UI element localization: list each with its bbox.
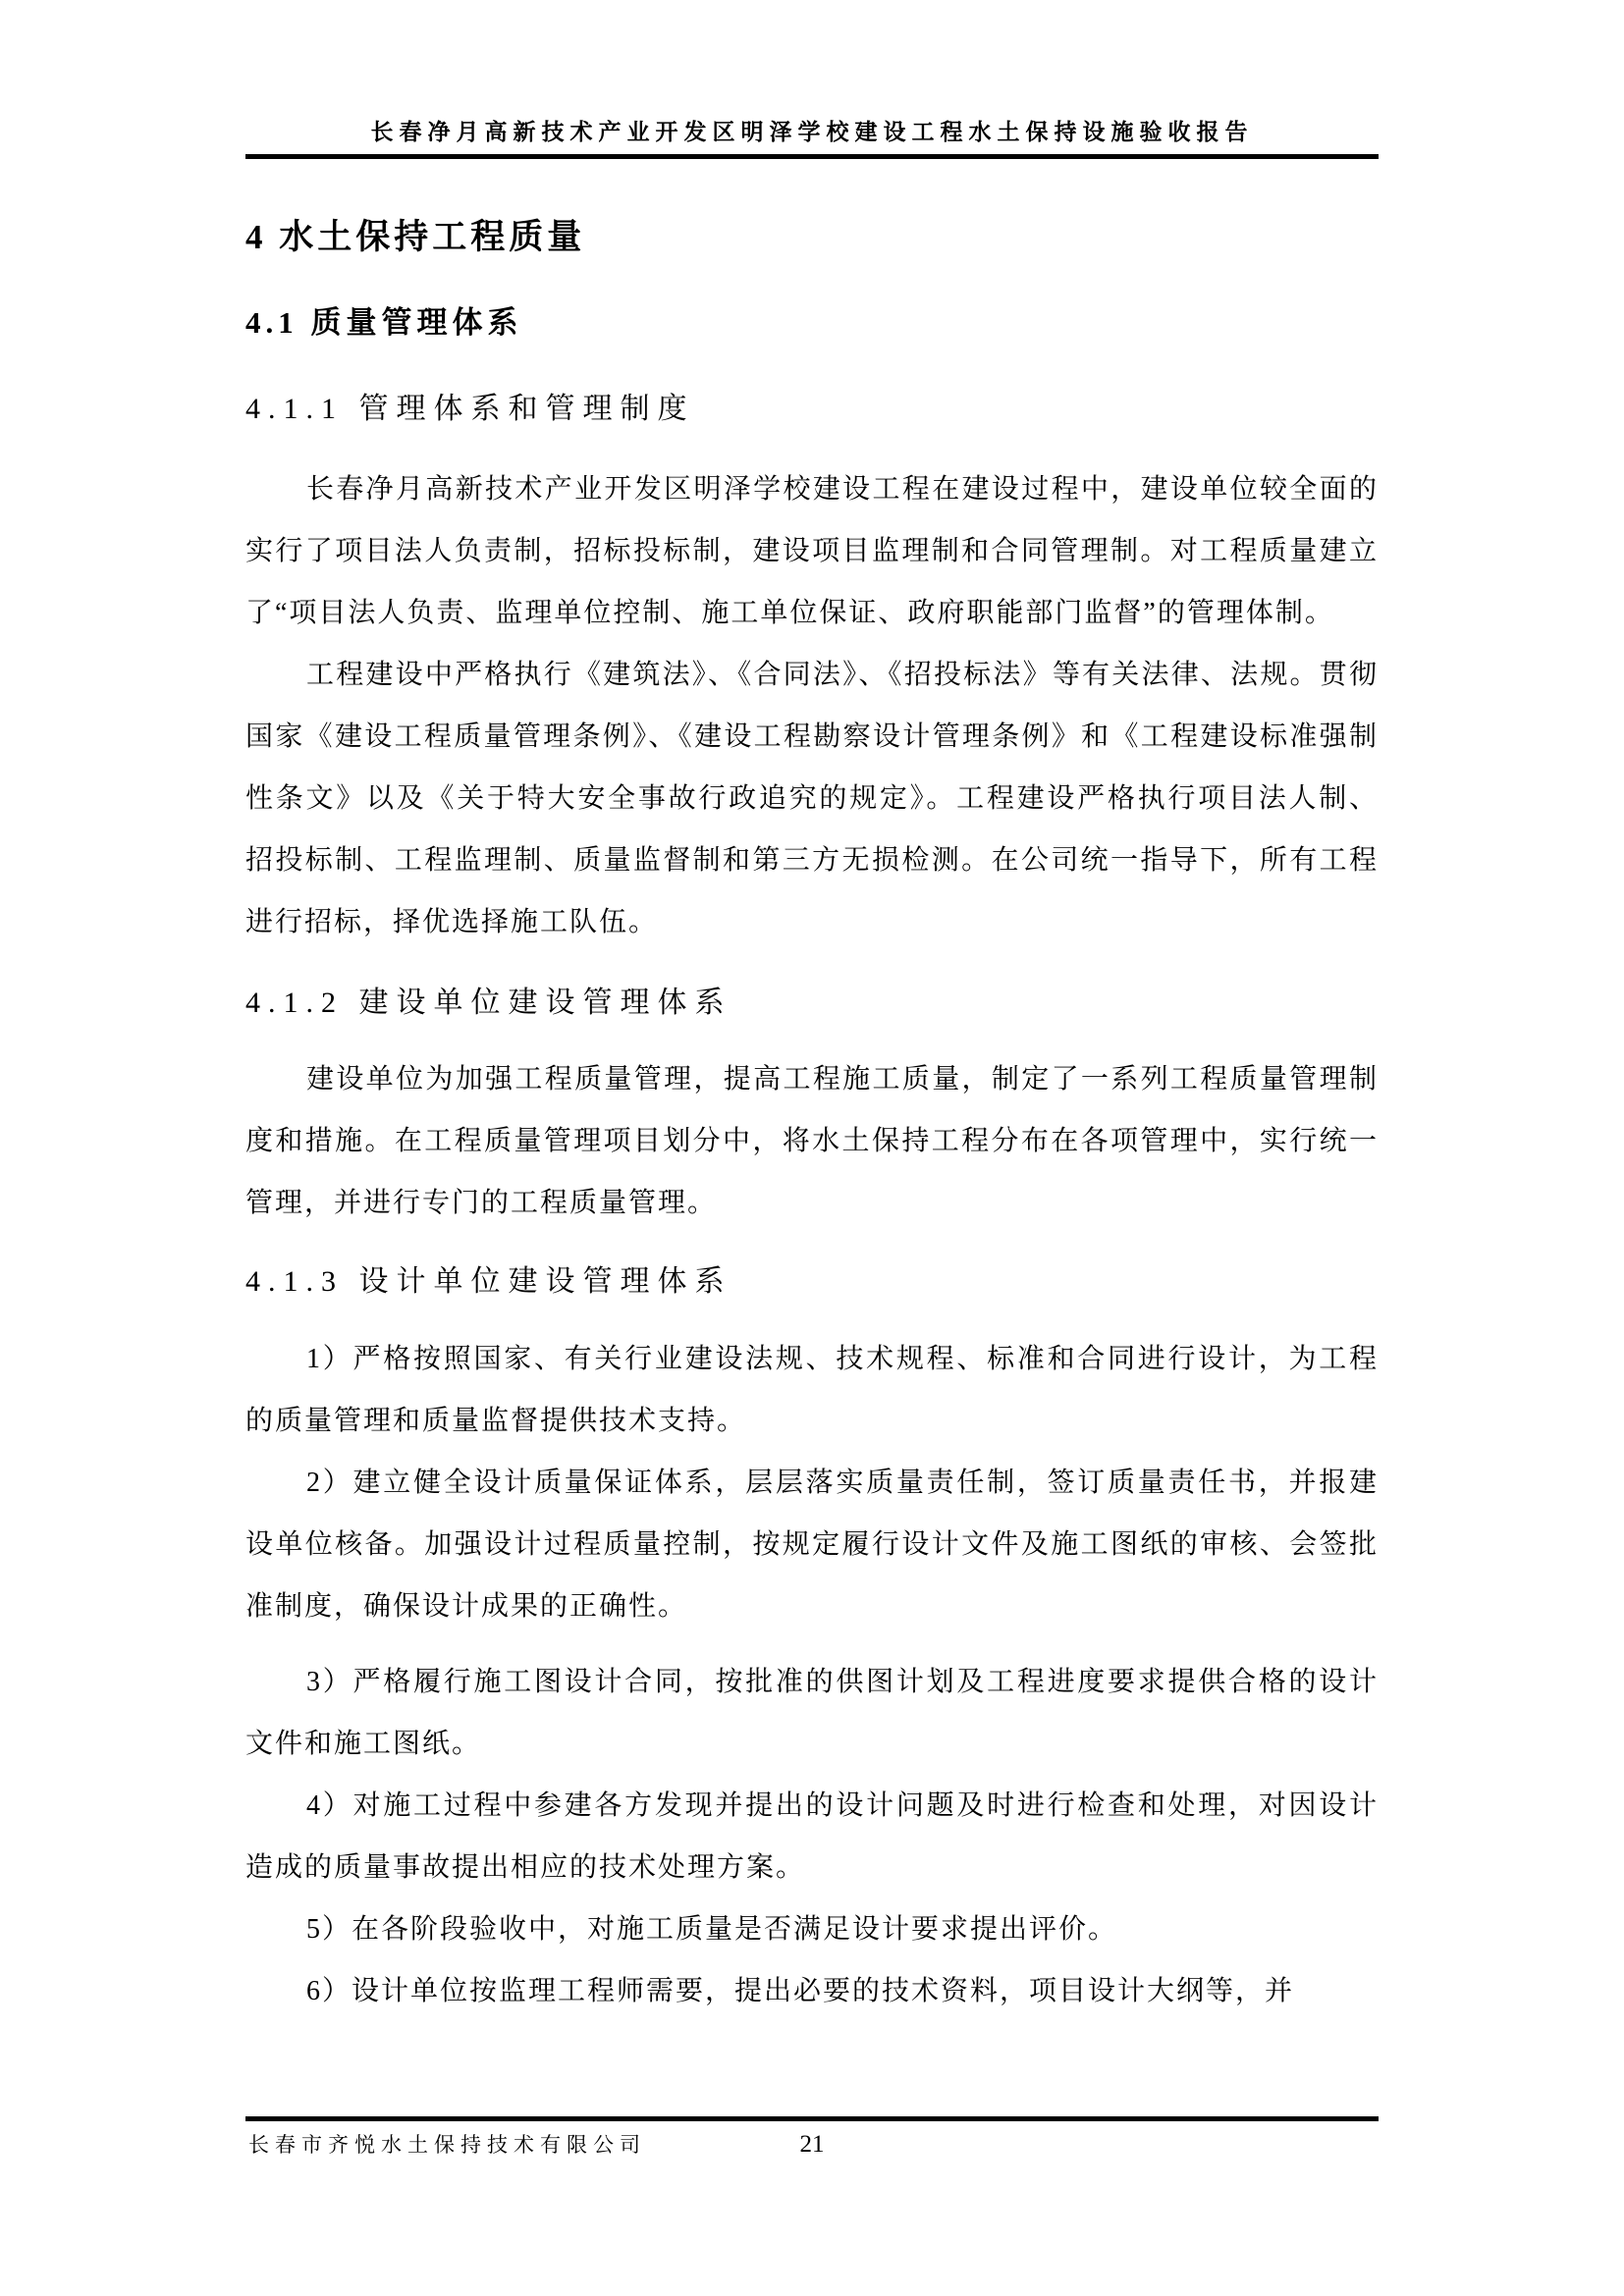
subsection-heading-4-1-2: 4.1.2 建设单位建设管理体系 <box>245 985 1379 1022</box>
footer-rule <box>245 2116 1379 2121</box>
list-item-paragraph: 5）在各阶段验收中，对施工质量是否满足设计要求提出评价。 <box>245 1898 1379 1960</box>
list-item-paragraph: 3）严格履行施工图设计合同，按批准的供图计划及工程进度要求提供合格的设计文件和施… <box>245 1651 1379 1775</box>
report-page: 长春净月高新技术产业开发区明泽学校建设工程水土保持设施验收报告 4 水土保持工程… <box>0 0 1624 2296</box>
chapter-heading: 4 水土保持工程质量 <box>245 218 1379 257</box>
paragraph: 建设单位为加强工程质量管理，提高工程施工质量，制定了一系列工程质量管理制度和措施… <box>245 1048 1379 1234</box>
list-item-paragraph: 6）设计单位按监理工程师需要，提出必要的技术资料，项目设计大纲等，并 <box>245 1960 1379 2022</box>
paragraph: 工程建设中严格执行《建筑法》、《合同法》、《招投标法》等有关法律、法规。贯彻国家… <box>245 644 1379 953</box>
header-title: 长春净月高新技术产业开发区明泽学校建设工程水土保持设施验收报告 <box>0 120 1624 144</box>
page-header: 长春净月高新技术产业开发区明泽学校建设工程水土保持设施验收报告 <box>0 0 1624 144</box>
list-item-paragraph: 1）严格按照国家、有关行业建设法规、技术规程、标准和合同进行设计，为工程的质量管… <box>245 1328 1379 1452</box>
page-footer: 长春市齐悦水土保持技术有限公司 21 <box>245 2116 1379 2159</box>
subsection-heading-4-1-3: 4.1.3 设计单位建设管理体系 <box>245 1263 1379 1301</box>
document-body: 4 水土保持工程质量 4.1 质量管理体系 4.1.1 管理体系和管理制度 长春… <box>245 218 1379 2022</box>
header-rule <box>245 154 1379 159</box>
paragraph: 长春净月高新技术产业开发区明泽学校建设工程在建设过程中，建设单位较全面的实行了项… <box>245 458 1379 644</box>
list-item-paragraph: 4）对施工过程中参建各方发现并提出的设计问题及时进行检查和处理，对因设计造成的质… <box>245 1775 1379 1898</box>
subsection-heading-4-1-1: 4.1.1 管理体系和管理制度 <box>245 391 1379 428</box>
footer-company: 长春市齐悦水土保持技术有限公司 <box>248 2129 646 2159</box>
section-heading-4-1: 4.1 质量管理体系 <box>245 304 1379 342</box>
list-item-paragraph: 2）建立健全设计质量保证体系，层层落实质量责任制，签订质量责任书，并报建设单位核… <box>245 1452 1379 1637</box>
